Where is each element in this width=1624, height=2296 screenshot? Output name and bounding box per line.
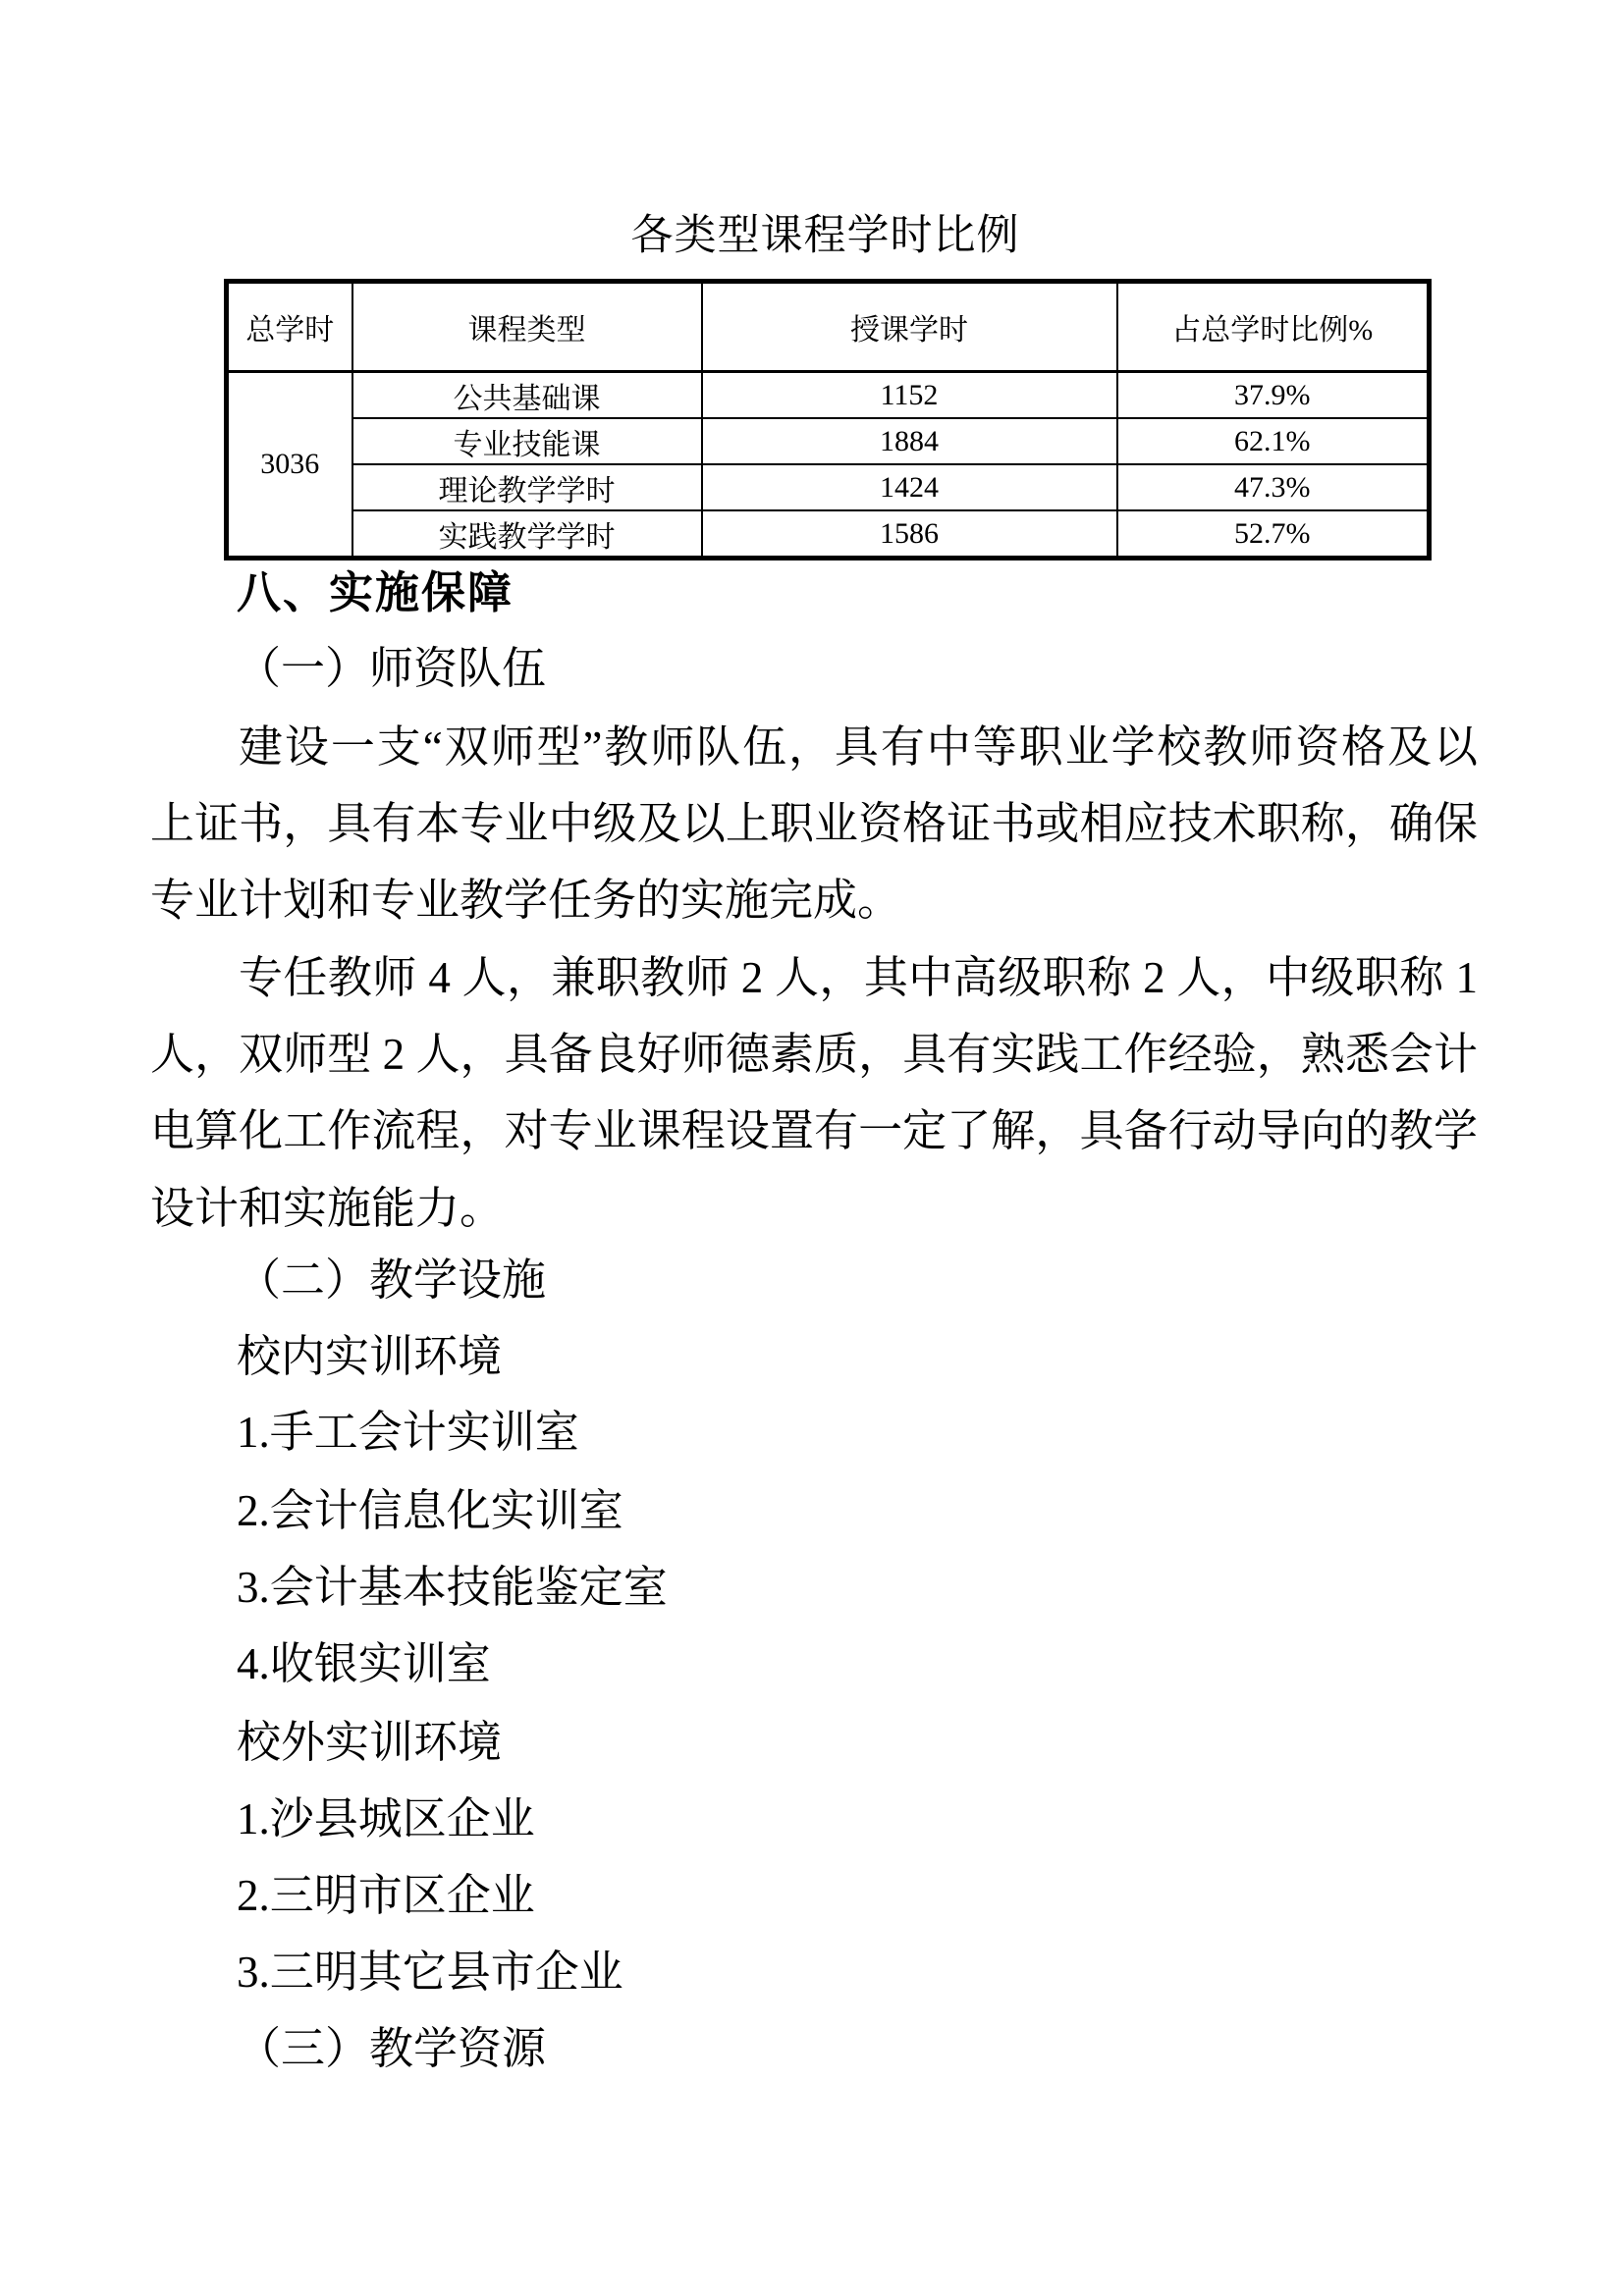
subsection-heading-2: （二）教学设施 <box>150 1255 1564 1306</box>
paragraph2-line-4: 设计和实施能力。 <box>150 1183 1478 1234</box>
subsection-heading-1: （一）师资队伍 <box>150 643 1564 694</box>
course-type-cell: 公共基础课 <box>352 372 702 419</box>
percent-cell: 37.9% <box>1117 372 1430 419</box>
hours-cell: 1884 <box>702 418 1117 464</box>
on-campus-label: 校内实训环境 <box>150 1331 1564 1382</box>
course-hours-table: 总学时 课程类型 授课学时 占总学时比例% 3036 公共基础课 1152 37… <box>224 279 1432 561</box>
paragraph2-line-2: 人，双师型 2 人，具备良好师德素质，具有实践工作经验，熟悉会计 <box>150 1029 1478 1080</box>
training-room-item-2: 2.会计信息化实训室 <box>150 1485 1564 1536</box>
hours-cell: 1424 <box>702 464 1117 510</box>
enterprise-item-3: 3.三明其它县市企业 <box>150 1947 1564 1998</box>
table-header-row: 总学时 课程类型 授课学时 占总学时比例% <box>227 282 1430 372</box>
enterprise-item-1: 1.沙县城区企业 <box>150 1793 1564 1844</box>
table-row: 专业技能课 1884 62.1% <box>227 418 1430 464</box>
table-caption: 各类型课程学时比例 <box>224 212 1427 261</box>
document-page: 各类型课程学时比例 总学时 课程类型 授课学时 占总学时比例% 3036 公共基… <box>0 0 1624 2296</box>
paragraph1-line-1: 建设一支“双师型”教师队伍，具有中等职业学校教师资格及以 <box>150 721 1478 773</box>
course-type-cell: 理论教学学时 <box>352 464 702 510</box>
paragraph1-line-3: 专业计划和专业教学任务的实施完成。 <box>150 875 1478 926</box>
training-room-item-4: 4.收银实训室 <box>150 1638 1564 1689</box>
percent-cell: 62.1% <box>1117 418 1430 464</box>
paragraph2-line-3: 电算化工作流程，对专业课程设置有一定了解，具备行动导向的教学 <box>150 1105 1478 1156</box>
header-percent: 占总学时比例% <box>1117 282 1430 372</box>
header-teaching-hours: 授课学时 <box>702 282 1117 372</box>
table-row: 3036 公共基础课 1152 37.9% <box>227 372 1430 419</box>
percent-cell: 47.3% <box>1117 464 1430 510</box>
training-room-item-3: 3.会计基本技能鉴定室 <box>150 1562 1564 1613</box>
table-row: 理论教学学时 1424 47.3% <box>227 464 1430 510</box>
hours-cell: 1586 <box>702 510 1117 559</box>
total-hours-cell: 3036 <box>227 372 352 559</box>
header-course-type: 课程类型 <box>352 282 702 372</box>
course-type-cell: 专业技能课 <box>352 418 702 464</box>
header-total-hours: 总学时 <box>227 282 352 372</box>
enterprise-item-2: 2.三明市区企业 <box>150 1870 1564 1921</box>
course-type-cell: 实践教学学时 <box>352 510 702 559</box>
paragraph1-line-2: 上证书，具有本专业中级及以上职业资格证书或相应技术职称，确保 <box>150 798 1478 849</box>
section-heading: 八、实施保障 <box>150 567 1564 618</box>
off-campus-label: 校外实训环境 <box>150 1717 1564 1768</box>
training-room-item-1: 1.手工会计实训室 <box>150 1407 1564 1458</box>
hours-cell: 1152 <box>702 372 1117 419</box>
table-row: 实践教学学时 1586 52.7% <box>227 510 1430 559</box>
percent-cell: 52.7% <box>1117 510 1430 559</box>
paragraph2-line-1: 专任教师 4 人，兼职教师 2 人，其中高级职称 2 人，中级职称 1 <box>150 952 1478 1003</box>
subsection-heading-3: （三）教学资源 <box>150 2023 1564 2074</box>
